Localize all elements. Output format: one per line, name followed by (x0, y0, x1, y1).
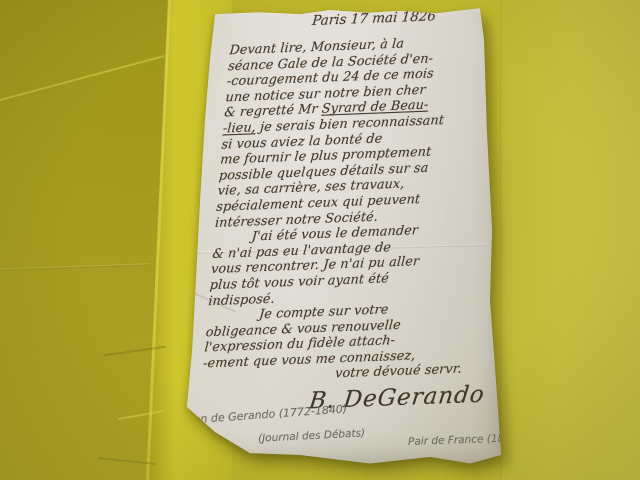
pencil-annotation-pair-de-france: Pair de France (1837) (408, 432, 522, 448)
letter-text-block: Paris 17 mai 1826 Devant lire, Monsieur,… (208, 6, 491, 420)
letter-date: Paris 17 mai 1826 (208, 6, 477, 34)
letter-paper: Paris 17 mai 1826 Devant lire, Monsieur,… (158, 2, 506, 470)
underlined-name: -lieu, (222, 120, 256, 136)
pencil-annotation-journal: (Journal des Débats) (258, 427, 366, 445)
letter-shadow: Paris 17 mai 1826 Devant lire, Monsieur,… (0, 0, 640, 480)
letter-body: Devant lire, Monsieur, à la séance Gale … (201, 33, 498, 388)
photo-scene: Paris 17 mai 1826 Devant lire, Monsieur,… (0, 0, 640, 480)
